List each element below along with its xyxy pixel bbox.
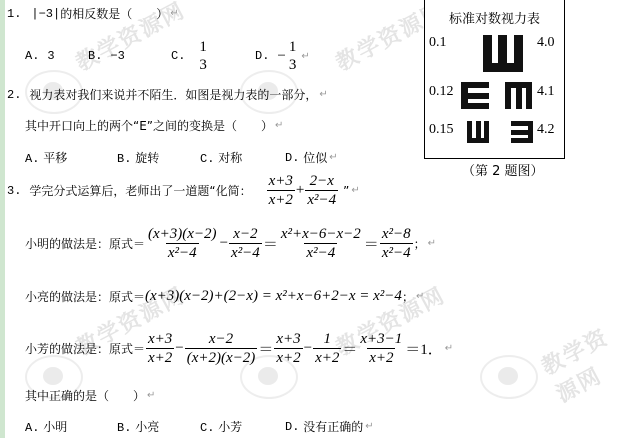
left-label: 0.15: [429, 122, 454, 138]
e-up-small-icon: [467, 121, 489, 143]
return-mark-icon: ↵: [170, 8, 178, 19]
figure-title: 标准对数视力表: [425, 8, 564, 27]
return-mark-icon: ↵: [365, 421, 373, 432]
q1-option-c: C. 13: [171, 38, 210, 74]
q3-expression: x+3x+2+2−xx²−4: [266, 172, 340, 209]
q2-line2: 其中开口向上的两个“E”之间的变换是（ ） ↵: [25, 117, 283, 134]
return-mark-icon: ↵: [351, 185, 359, 196]
left-label: 0.1: [429, 35, 447, 51]
return-mark-icon: ↵: [301, 51, 309, 62]
q2-option-d: D. 位似↵: [285, 149, 338, 166]
q2-text: 视力表对我们来说并不陌生．如图是视力表的一部分，: [29, 86, 317, 103]
q1-option-d: D. − 13 ↵: [255, 38, 310, 74]
q3-option-d: D. 没有正确的↵: [285, 418, 374, 435]
fraction: 13: [287, 38, 299, 74]
watermark-eye-icon: [480, 355, 538, 399]
q3-stem: 3. 学完分式运算后，老师出了一道题“化简： x+3x+2+2−xx²−4 ” …: [7, 172, 360, 209]
return-mark-icon: ↵: [147, 390, 155, 401]
left-label: 0.12: [429, 84, 454, 100]
q1-number: 1.: [7, 7, 21, 21]
q1-text: 的相反数是（ ）: [60, 5, 168, 22]
q2-line1: 2. 视力表对我们来说并不陌生．如图是视力表的一部分， ↵: [7, 86, 328, 103]
right-label: 4.1: [537, 84, 555, 100]
e-down-icon: [505, 82, 532, 109]
xiaoming-expression: (x+3)(x−2)x²−4 − x−2x²−4 ＝ x²+x−6−x−2x²−…: [145, 225, 414, 262]
e-up-large-icon: [483, 35, 523, 72]
right-label: 4.2: [537, 122, 555, 138]
q1-stem: 1. |−3| 的相反数是（ ） ↵: [7, 5, 179, 22]
q2-option-c: C. 对称: [200, 149, 242, 166]
q3-xiaofang-method: 小芳的做法是：原式＝ x+3x+2 − x−2(x+2)(x−2) ＝ x+3x…: [25, 330, 453, 367]
q3-option-b: B. 小亮: [117, 418, 159, 435]
watermark: 教学资源网: [536, 313, 632, 409]
q3-number: 3.: [7, 184, 21, 198]
q2-option-b: B. 旋转: [117, 149, 159, 166]
xiaofang-expression: x+3x+2 − x−2(x+2)(x−2) ＝ x+3x+2 − 1x+2 ＝…: [145, 330, 443, 367]
q3-xiaoming-method: 小明的做法是：原式＝ (x+3)(x−2)x²−4 − x−2x²−4 ＝ x²…: [25, 225, 436, 262]
q3-option-a: A. 小明: [25, 418, 67, 435]
xiaoliang-expression: (x+3)(x−2)+(2−x) = x²+x−6+2−x = x²−4: [145, 288, 402, 305]
fraction: 13: [197, 38, 209, 74]
q2-option-a: A. 平移: [25, 149, 67, 166]
left-margin-strip: [0, 0, 5, 438]
right-label: 4.0: [537, 35, 555, 51]
e-left-icon: [511, 121, 533, 143]
return-mark-icon: ↵: [329, 152, 337, 163]
q3-option-c: C. 小芳: [200, 418, 242, 435]
return-mark-icon: ↵: [319, 89, 327, 100]
return-mark-icon: ↵: [428, 238, 436, 249]
return-mark-icon: ↵: [275, 120, 283, 131]
q2-number: 2.: [7, 88, 21, 102]
q1-option-b: B.−3: [88, 48, 125, 63]
q1-abs-expr: |−3|: [31, 7, 60, 21]
return-mark-icon: ↵: [416, 291, 424, 302]
e-right-icon: [461, 82, 489, 109]
q1-option-a: A.3: [25, 48, 55, 63]
figure-caption: （第 2 题图）: [462, 160, 544, 179]
q3-xiaoliang-method: 小亮的做法是：原式＝ (x+3)(x−2)+(2−x) = x²+x−6+2−x…: [25, 288, 424, 305]
vision-chart-figure: 标准对数视力表 0.1 0.12 0.15 4.0 4.1 4.2: [424, 0, 565, 159]
q3-ask: 其中正确的是（ ） ↵: [25, 387, 155, 404]
return-mark-icon: ↵: [445, 343, 453, 354]
